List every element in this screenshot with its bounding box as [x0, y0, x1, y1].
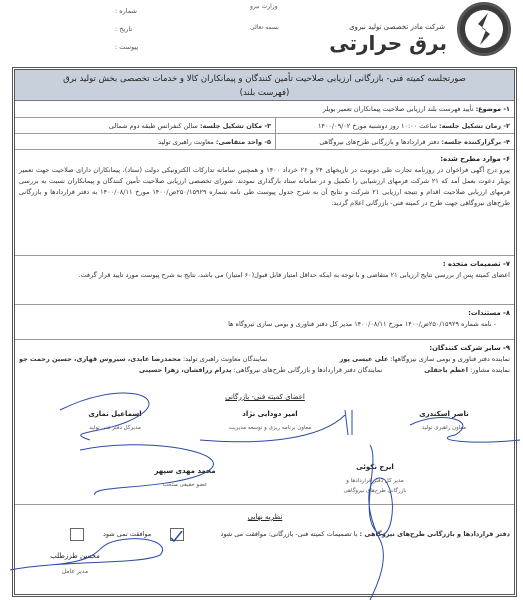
- agree-checkbox[interactable]: [170, 528, 184, 541]
- agree-label: موافقت می شود: [220, 530, 266, 538]
- organizer-value: دفتر قراردادها و بازرگانی طرح‌های نیروگا…: [319, 138, 439, 146]
- section-participants: ۹- سایر شرکت کنندگان: نماینده دفتر فناور…: [15, 341, 514, 389]
- bismillah: بسمه تعالی: [250, 24, 279, 31]
- document-title: صورتجلسه کمیته فنی- بازرگانی ارزیابی صلا…: [15, 70, 514, 101]
- rep2: نمایندگان معاونت راهبری تولید: محمدرضا ع…: [19, 354, 267, 365]
- member-role: مدیر کل دفتر قراردادها و: [325, 478, 425, 484]
- rep4-label: نمایندگان دفتر قراردادها و بازرگانی طرح‌…: [234, 366, 383, 374]
- letterhead: شرکت مادر تخصصی تولید نیروی برق حرارتی و…: [0, 0, 523, 60]
- disagree-label: موافقت نمی شود: [103, 530, 151, 538]
- office-label: دفتر قراردادها و بازرگانی طرح‌های نیروگا…: [360, 530, 510, 538]
- section8-title: ۸- مستندات:: [19, 308, 510, 319]
- section-discussed-items: ۶- موارد مطرح شده: پیرو درج آگهی فراخوان…: [15, 152, 514, 256]
- statement: با تصمیمات کمیته فنی- بازرگانی:: [269, 530, 358, 538]
- minutes-frame: صورتجلسه کمیته فنی- بازرگانی ارزیابی صلا…: [12, 67, 517, 597]
- logo-s-mark-icon: [472, 12, 496, 46]
- member-role: بازرگانی طرح‌های نیروگاهی: [325, 488, 425, 494]
- signer-role: مدیر عامل: [45, 568, 105, 575]
- committee-title: اعضای کمیته فنی- بازرگانی: [215, 393, 315, 401]
- member-role: عضو حقیقی منتخب: [135, 482, 235, 488]
- unit-cell: ۵- واحد متقاضی: معاونت راهبری تولید: [15, 134, 275, 150]
- member-name: ایرج نکوئی: [325, 463, 425, 471]
- section7-body: اعضای کمیته پس از بررسی نتایج ارزیابی ۲۱…: [19, 270, 510, 281]
- subject-row: ۱- موضوع: تأیید فهرست بلند ارزیابی صلاحی…: [15, 101, 514, 118]
- subject-value: تأیید فهرست بلند ارزیابی صلاحیت پیمانکار…: [323, 105, 474, 113]
- rep2-names: محمدرضا عابدی، سیروس قهاری، حسین رحمت جو: [19, 355, 181, 363]
- number-label: شماره :: [115, 7, 137, 15]
- rep2-label: نمایندگان معاونت راهبری تولید:: [183, 355, 267, 363]
- rep1-label: نماینده دفتر فناوری و بومی سازی نیروگاهه…: [390, 355, 510, 363]
- title-line-2: (فهرست بلند): [15, 86, 514, 100]
- signer-name: محسن طرزطلب: [35, 552, 115, 560]
- attachment-label: پیوست :: [115, 43, 138, 51]
- rep3-label: نماینده مشاور:: [470, 366, 510, 374]
- rep1: نماینده دفتر فناوری و بومی سازی نیروگاهه…: [340, 354, 510, 365]
- place-label: ۳- مکان تشکیل جلسه:: [200, 122, 271, 130]
- date-label: تاریخ :: [115, 25, 132, 33]
- member-role: معاون برنامه ریزی و توسعه مدیریت: [205, 425, 335, 431]
- ministry-label: وزارت نیرو: [250, 3, 278, 10]
- unit-label: ۵- واحد متقاضی:: [216, 138, 271, 146]
- member-role: مدیرکل دفتر فنی تولید: [65, 425, 165, 431]
- section-documents: ۸- مستندات: - نامه شماره ۲۵۰/۱۵۹۲۹ص/۱۴۰۰…: [15, 306, 514, 340]
- section6-title: ۶- موارد مطرح شده:: [19, 154, 510, 165]
- place-value: سالن کنفرانس طبقه دوم شمالی: [109, 122, 198, 130]
- check-mark-icon: [169, 531, 183, 544]
- rep3: نماینده مشاور: اعظم باجقلی: [424, 365, 510, 376]
- rep3-name: اعظم باجقلی: [424, 366, 468, 374]
- unit-value: معاونت راهبری تولید: [158, 138, 214, 146]
- time-cell: ۲- زمان تشکیل جلسه: ساعت ۱۰:۰۰ روز دوشنب…: [275, 118, 514, 134]
- place-cell: ۳- مکان تشکیل جلسه: سالن کنفرانس طبقه دو…: [15, 118, 275, 134]
- time-label: ۲- زمان تشکیل جلسه:: [439, 122, 510, 130]
- title-line-1: صورتجلسه کمیته فنی- بازرگانی ارزیابی صلا…: [15, 72, 514, 86]
- section7-title: ۷- تصمیمات متخذه :: [19, 259, 510, 270]
- member-name: اسماعیل نمازی: [65, 410, 165, 418]
- section-decisions: ۷- تصمیمات متخذه : اعضای کمیته پس از برر…: [15, 257, 514, 305]
- time-value: ساعت ۱۰:۰۰ روز دوشنبه مورخ ۱۴۰۰/۰۹/۰۲: [318, 122, 437, 130]
- company-name: برق حرارتی: [329, 31, 447, 55]
- member-name: امیر دودابی نژاد: [205, 410, 335, 418]
- member-name: محمد مهدی سپهر: [135, 467, 235, 475]
- subject-label: ۱- موضوع:: [476, 105, 510, 113]
- participants-line-2: نماینده مشاور: اعظم باجقلی نمایندگان دفت…: [19, 365, 510, 376]
- participants-line-1: نماینده دفتر فناوری و بومی سازی نیروگاهه…: [19, 354, 510, 365]
- column-divider: [275, 118, 276, 150]
- rep4: نمایندگان دفتر قراردادها و بازرگانی طرح‌…: [139, 365, 382, 376]
- disagree-checkbox[interactable]: [70, 528, 84, 541]
- final-opinion-title: نظریه نهایی: [235, 513, 295, 521]
- final-statement: دفتر قراردادها و بازرگانی طرح‌های نیروگا…: [220, 530, 510, 538]
- member-role: معاون راهبری تولید: [394, 425, 494, 431]
- member-name: ناصر اسکندری: [394, 410, 494, 418]
- divider: [15, 504, 514, 505]
- section8-item: - نامه شماره ۲۵۰/۱۵۹۲۹ص/۱۴۰۰ مورخ ۱۴۰۰/۰…: [19, 319, 510, 330]
- rep1-name: علی عیسی پور: [340, 355, 389, 363]
- organizer-label: ۴- برگزارکننده جلسه:: [441, 138, 510, 146]
- organizer-cell: ۴- برگزارکننده جلسه: دفتر قراردادها و با…: [275, 134, 514, 150]
- rep4-names: پدرام زرافشان، زهرا حسینی: [139, 366, 231, 374]
- section9-title: ۹- سایر شرکت کنندگان:: [19, 343, 510, 354]
- section6-body: پیرو درج آگهی فراخوان در روزنامه تجارت ط…: [19, 165, 510, 209]
- company-subtitle: شرکت مادر تخصصی تولید نیروی: [349, 23, 445, 31]
